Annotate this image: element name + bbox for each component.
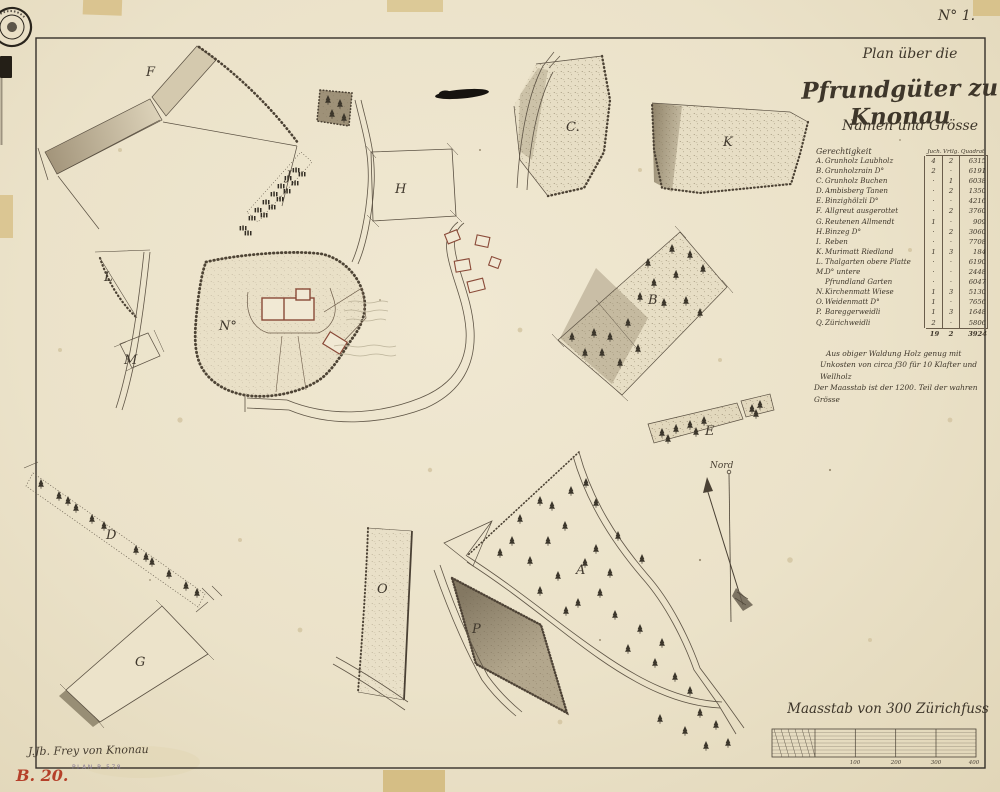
row-juch: 1 <box>924 247 942 257</box>
row-name: Weidenmatt D° <box>825 297 924 307</box>
note-line-1: Aus obiger Waldung Holz genug mit <box>814 348 994 359</box>
col-quadrat: Quadrat. <box>959 149 988 155</box>
table-row: B. Grunholzrain D° 2 · 6191 <box>816 166 988 176</box>
parcel-f <box>38 46 298 229</box>
plan-stamp-text: PLAN R 578 <box>72 764 122 771</box>
table-row: Pfrundland Garten · · 6047 <box>816 277 988 287</box>
table-row: H. Binzeg D° · 2 3060 <box>816 227 988 237</box>
row-juch: 4 <box>924 156 942 166</box>
row-letter: C. <box>816 176 825 186</box>
row-letter: P. <box>816 307 825 317</box>
parcel-table: Gerechtigkeit Juch. Vrtlg. Quadrat. A. G… <box>816 147 988 339</box>
parcel-label-m: M <box>123 353 138 368</box>
row-quadrat: 1648 <box>959 307 988 317</box>
parcel-o <box>333 528 412 710</box>
row-quadrat: 2448 <box>959 267 988 277</box>
row-name: Binzighölzli D° <box>825 196 924 206</box>
surveyor-signature: J.Jb. Frey von Knonau <box>28 743 149 758</box>
row-juch: · <box>924 277 942 287</box>
row-juch: 2 <box>924 318 942 328</box>
parcel-table-total: 19 2 3924 <box>816 328 988 339</box>
scale-title: Maasstab von 300 Zürichfuss <box>782 701 994 717</box>
row-quadrat: 4216 <box>959 196 988 206</box>
parcel-label-c: C. <box>566 120 580 135</box>
row-vrtlg: 3 <box>942 247 959 257</box>
row-letter: F. <box>816 206 825 216</box>
row-juch: · <box>924 267 942 277</box>
row-letter: K. <box>816 247 825 257</box>
row-juch: 1 <box>924 287 942 297</box>
farm-buildings <box>445 230 502 293</box>
scale-tick-labels: 100 200 300 400 <box>850 760 980 766</box>
table-row: Q. Zürichweidli 2 · 5806 <box>816 318 988 328</box>
table-row: P. Bareggerweidli 1 3 1648 <box>816 307 988 317</box>
row-quadrat: 6191 <box>959 166 988 176</box>
row-name: Allgreut ausgerottet <box>825 206 924 216</box>
parcel-table-body: A. Grunholz Laubholz 4 2 6315 B. Grunhol… <box>816 156 988 328</box>
row-letter: G. <box>816 217 825 227</box>
parcel-label-d: D <box>105 528 117 543</box>
row-name: Binzeg D° <box>825 227 924 237</box>
row-vrtlg: 1 <box>942 176 959 186</box>
row-quadrat: 3060 <box>959 227 988 237</box>
row-vrtlg: · <box>942 277 959 287</box>
row-name: Grunholz Buchen <box>825 176 924 186</box>
table-row: M. D° untere · · 2448 <box>816 267 988 277</box>
row-quadrat: 5130 <box>959 287 988 297</box>
row-vrtlg: 2 <box>942 156 959 166</box>
scale-tick: 100 <box>850 760 861 766</box>
row-vrtlg: · <box>942 237 959 247</box>
row-name: Ambisberg Tanen <box>825 186 924 196</box>
row-juch: 1 <box>924 217 942 227</box>
row-quadrat: 7656 <box>959 297 988 307</box>
parcel-label-b: B <box>647 293 658 308</box>
row-letter: D. <box>816 186 825 196</box>
row-letter: L. <box>816 257 825 267</box>
row-name: Murimatt Riedland <box>825 247 924 257</box>
parcel-label-n: N° <box>218 319 237 334</box>
total-juch: 19 <box>926 328 943 339</box>
row-quadrat: 6315 <box>959 156 988 166</box>
row-name: Kirchenmatt Wiese <box>825 287 924 297</box>
row-name: Reben <box>825 237 924 247</box>
row-juch: · <box>924 237 942 247</box>
parcel-table-header: Gerechtigkeit Juch. Vrtlg. Quadrat. <box>816 147 988 156</box>
row-juch: · <box>924 186 942 196</box>
scale-tick: 400 <box>968 760 980 766</box>
row-name: Grunholzrain D° <box>825 166 924 176</box>
table-row: D. Ambisberg Tanen · 2 1350 <box>816 186 988 196</box>
row-letter: Q. <box>816 318 825 328</box>
row-juch: 2 <box>924 166 942 176</box>
row-quadrat: 1350 <box>959 186 988 196</box>
table-row: O. Weidenmatt D° 1 · 7656 <box>816 297 988 307</box>
parcel-small-wood <box>317 90 352 126</box>
parcel-d <box>24 462 222 612</box>
row-letter: O. <box>816 297 825 307</box>
parcel-h <box>352 100 462 264</box>
row-letter: E. <box>816 196 825 206</box>
row-juch: · <box>924 206 942 216</box>
table-column-headers: Juch. Vrtlg. Quadrat. <box>926 149 988 156</box>
row-name: Pfrundland Garten <box>825 277 924 287</box>
row-name: Reutenen Allmendt <box>825 217 924 227</box>
row-vrtlg: · <box>942 267 959 277</box>
note-line-2: Unkosten von circa ƒ30 für 10 Klafter un… <box>814 359 994 382</box>
scale-tick: 200 <box>890 760 902 766</box>
table-row: G. Reutenen Allmendt 1 · 909 <box>816 217 988 227</box>
table-row: K. Murimatt Riedland 1 3 184 <box>816 247 988 257</box>
row-name: Grunholz Laubholz <box>825 156 924 166</box>
archive-stamp-icon <box>0 3 36 51</box>
row-vrtlg: · <box>942 318 959 328</box>
row-quadrat: 909 <box>959 217 988 227</box>
edge-mark <box>0 56 12 78</box>
col-vrtlg: Vrtlg. <box>943 149 959 155</box>
row-vrtlg: · <box>942 297 959 307</box>
table-row: F. Allgreut ausgerottet · 2 3760 <box>816 206 988 216</box>
row-vrtlg: · <box>942 166 959 176</box>
row-letter <box>816 277 825 287</box>
parcel-c <box>514 52 610 196</box>
row-vrtlg: 3 <box>942 307 959 317</box>
row-name: Zürichweidli <box>825 318 924 328</box>
table-row: N. Kirchenmatt Wiese 1 3 5130 <box>816 287 988 297</box>
row-vrtlg: 2 <box>942 227 959 237</box>
sheet-number: N° 1. <box>938 8 993 24</box>
row-name: Bareggerweidli <box>825 307 924 317</box>
parcel-label-k: K <box>722 135 734 150</box>
north-arrow-icon <box>703 470 753 622</box>
table-row: E. Binzighölzli D° · · 4216 <box>816 196 988 206</box>
parcel-p <box>434 565 567 716</box>
row-letter: M. <box>816 267 825 277</box>
row-quadrat: 3760 <box>959 206 988 216</box>
row-quadrat: 5806 <box>959 318 988 328</box>
parcel-label-f: F <box>145 65 156 80</box>
row-vrtlg: · <box>942 196 959 206</box>
row-juch: · <box>924 257 942 267</box>
row-juch: 1 <box>924 297 942 307</box>
parcel-b <box>552 226 733 401</box>
note-line-3: Der Maasstab ist der 1200. Teil der wahr… <box>814 382 994 405</box>
row-letter: I. <box>816 237 825 247</box>
row-vrtlg: · <box>942 217 959 227</box>
row-quadrat: 7708 <box>959 237 988 247</box>
table-title: Gerechtigkeit <box>816 147 926 156</box>
parcel-label-l: L <box>103 270 113 285</box>
parcel-label-g: G <box>135 655 145 670</box>
archive-number: B. 20. <box>16 766 69 785</box>
map-sheet: 100 200 300 400 F J H C. K B N° L M E A … <box>0 0 1000 792</box>
scale-tick: 300 <box>931 760 942 766</box>
row-juch: · <box>924 227 942 237</box>
row-letter: A. <box>816 156 825 166</box>
total-quadrat: 3924 <box>959 328 988 339</box>
row-letter: B. <box>816 166 825 176</box>
table-row: I. Reben · · 7708 <box>816 237 988 247</box>
row-quadrat: 6190 <box>959 257 988 267</box>
row-quadrat: 184 <box>959 247 988 257</box>
table-row: A. Grunholz Laubholz 4 2 6315 <box>816 156 988 166</box>
row-letter: N. <box>816 287 825 297</box>
row-vrtlg: · <box>942 257 959 267</box>
row-vrtlg: 2 <box>942 206 959 216</box>
parcel-label-h: H <box>394 182 407 197</box>
row-name: Thalgarten obere Platte <box>825 257 924 267</box>
row-quadrat: 6038 <box>959 176 988 186</box>
compass-label: Nord <box>709 461 734 471</box>
table-row: L. Thalgarten obere Platte · · 6190 <box>816 257 988 267</box>
ink-blot <box>435 87 490 101</box>
map-title-line3: Namen und Grösse <box>830 118 990 134</box>
parcel-j-reben <box>240 152 312 236</box>
parcel-label-p: P <box>471 622 481 637</box>
parcel-label-a: A <box>575 563 585 578</box>
map-title-line1: Plan über die <box>830 46 990 62</box>
parcel-label-o: O <box>377 582 388 597</box>
row-juch: 1 <box>924 307 942 317</box>
row-letter: H. <box>816 227 825 237</box>
row-quadrat: 6047 <box>959 277 988 287</box>
row-name: D° untere <box>825 267 924 277</box>
table-row: C. Grunholz Buchen · 1 6038 <box>816 176 988 186</box>
parcel-label-e: E <box>704 424 715 439</box>
scale-bar <box>772 729 976 757</box>
total-vrtlg: 2 <box>943 328 959 339</box>
row-vrtlg: 2 <box>942 186 959 196</box>
margin-note: Aus obiger Waldung Holz genug mit Unkost… <box>814 348 994 405</box>
row-juch: · <box>924 176 942 186</box>
parcel-label-j: J <box>283 169 292 184</box>
col-juch: Juch. <box>926 149 943 155</box>
row-juch: · <box>924 196 942 206</box>
row-vrtlg: 3 <box>942 287 959 297</box>
